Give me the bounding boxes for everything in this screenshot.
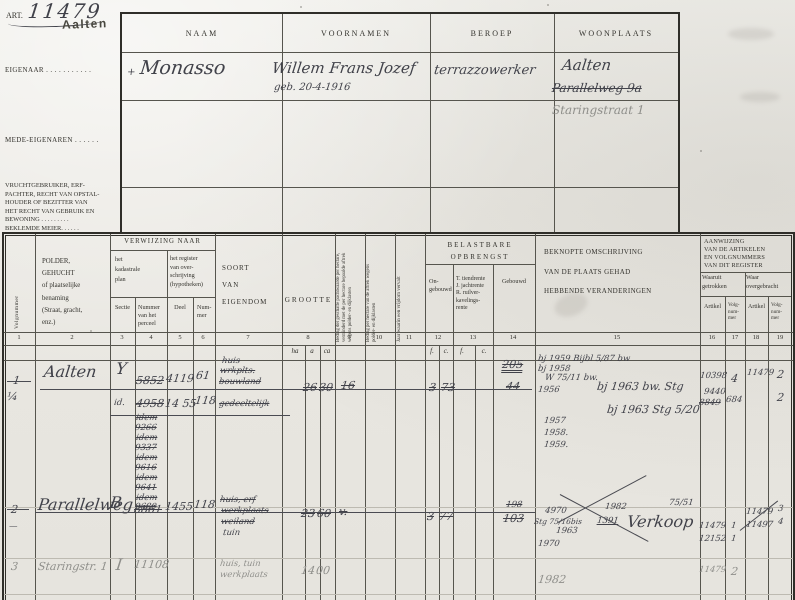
- handwritten-entry: 00: [315, 565, 330, 576]
- owner-address-struck: Parallelweg 9a: [551, 82, 642, 94]
- handwritten-entry: ¼: [6, 391, 18, 402]
- handwritten-entry: 1959.: [543, 441, 568, 450]
- handwritten-entry: 60: [316, 508, 331, 519]
- handwritten-entry: werkplaats: [219, 571, 268, 580]
- handwritten-entry: 23: [300, 508, 315, 519]
- handwritten-entry: 73: [440, 382, 455, 393]
- handwritten-entry: 61: [195, 370, 210, 381]
- handwritten-entry: 44: [505, 381, 520, 392]
- handwritten-entry: 11108: [133, 559, 169, 570]
- handwritten-entry: 12152: [698, 535, 726, 544]
- handwritten-entry: 2: [776, 369, 784, 380]
- col-num: 7: [238, 334, 258, 342]
- col-num: 19: [770, 334, 790, 342]
- smudge: [740, 92, 780, 102]
- owner-prefix-mark: +: [126, 68, 136, 78]
- col-num: 8: [298, 334, 318, 342]
- strike-mark: [7, 381, 31, 382]
- handwritten-entry: 9440: [703, 388, 726, 397]
- handwritten-entry: 75/51: [668, 499, 694, 508]
- owner-birthdate: geb. 20-4-1916: [273, 83, 351, 93]
- col-num: 3: [112, 334, 132, 342]
- handwritten-entry: 3: [777, 505, 783, 514]
- header-artikel-16: Artikel: [700, 304, 725, 312]
- header-gebouwd: Gebouwd: [493, 278, 535, 286]
- handwritten-entry: 1455: [164, 501, 193, 512]
- header-register-overschrijving: het register van over- schrijving (hypot…: [170, 255, 214, 290]
- handwritten-entry: 684: [725, 396, 742, 405]
- handwritten-entry: tuin: [222, 529, 240, 538]
- strike-mark: [40, 389, 532, 390]
- header-nummer-perceel: Nummer van het perceel: [138, 304, 167, 327]
- handwritten-entry: gedeeltelijk: [218, 400, 269, 409]
- header-rente: T. tiendrente J. jachtrente R. ruilver- …: [456, 276, 494, 312]
- header-sectie: Sectie: [110, 304, 135, 312]
- handwritten-entry: 4119: [165, 373, 194, 384]
- handwritten-entry: 9266: [134, 424, 157, 433]
- owner-first-names: Willem Frans Jozef: [271, 61, 416, 76]
- header-waaruit-getrokken: Waaruit getrokken: [702, 274, 744, 291]
- handwritten-entry: 1958.: [543, 429, 568, 438]
- handwritten-entry: huis: [221, 357, 240, 366]
- header-artikel-18: Artikel: [745, 304, 768, 312]
- col-num: 2: [62, 334, 82, 342]
- handwritten-entry: 8861: [133, 504, 162, 515]
- col-num: 17: [725, 334, 745, 342]
- header-vrijdom: Jaar waarin een vrijdom vervalt: [396, 250, 424, 342]
- handwritten-entry: idem: [135, 454, 157, 463]
- unit-f-rente: f.: [454, 347, 470, 356]
- header-verwijzing: VERWIJZING NAAR: [110, 238, 215, 246]
- header-volgnummer: Volgnummer: [14, 249, 24, 329]
- handwritten-entry: —: [8, 523, 18, 532]
- unit-ha: ha: [287, 347, 303, 356]
- handwritten-entry: id.: [113, 399, 125, 408]
- header-aftrek: Bedrag per hectare van de aftrek wegens …: [366, 250, 394, 342]
- handwritten-entry: W 75/11 bw.: [544, 374, 598, 383]
- handwritten-entry: idem: [135, 434, 157, 443]
- label-mede-eigenaren: MEDE-EIGENAREN . . . . . .: [5, 136, 99, 145]
- header-belastbare-opbrengst: BELASTBARE OPBRENGST: [425, 240, 535, 264]
- col-num: 11: [399, 334, 419, 342]
- handwritten-entry: idem: [135, 474, 157, 483]
- strike-mark: [110, 415, 290, 416]
- handwritten-entry: 9337: [134, 444, 157, 453]
- handwritten-entry: 1: [730, 522, 736, 531]
- header-ongebouwd: On- gebouwd: [429, 278, 453, 294]
- col-header-voornamen: VOORNAMEN: [282, 29, 430, 39]
- handwritten-entry: huis, erf: [219, 496, 256, 505]
- handwritten-entry: 3: [428, 382, 436, 393]
- strike-mark: [35, 512, 535, 513]
- handwritten-entry: 1982: [537, 574, 566, 585]
- col-header-woonplaats: WOONPLAATS: [554, 29, 678, 39]
- label-eigenaar: EIGENAAR . . . . . . . . . . .: [5, 66, 91, 75]
- handwritten-entry: 1982: [604, 503, 627, 512]
- handwritten-entry: 14 55: [164, 398, 197, 409]
- header-polder: POLDER, GEHUCHT of plaatselijke benaming…: [42, 256, 110, 329]
- handwritten-entry: bj 1963 Stg 5/20: [606, 404, 700, 415]
- col-num: 6: [193, 334, 213, 342]
- handwritten-entry: 103: [502, 513, 524, 524]
- handwritten-entry: 2: [776, 392, 784, 403]
- handwritten-entry: 4: [777, 518, 783, 527]
- handwritten-entry: wrkplts.: [219, 367, 255, 376]
- handwritten-entry: 3: [10, 561, 18, 572]
- unit-ca: ca: [319, 347, 335, 356]
- strike-mark: [7, 509, 29, 510]
- col-num: 9: [339, 334, 359, 342]
- handwritten-entry: weiland: [220, 518, 255, 527]
- handwritten-entry: 30: [318, 382, 333, 393]
- handwritten-entry: 2: [730, 566, 738, 577]
- owner-residence: Aalten: [561, 58, 612, 73]
- handwritten-entry: 198: [505, 501, 522, 510]
- handwritten-entry: 14: [300, 565, 315, 576]
- register-table: Volgnummer POLDER, GEHUCHT of plaatselij…: [2, 232, 795, 600]
- handwritten-entry: 11479: [698, 522, 726, 531]
- unit-c-ongebouwd: c.: [438, 347, 454, 356]
- handwritten-entry: 4: [730, 373, 738, 384]
- owner-address-new: Staringstraat 1: [552, 104, 645, 116]
- handwritten-entry: 4970: [544, 507, 567, 516]
- header-aanwijzing: AANWIJZING VAN DE ARTIKELEN EN VOLGNUMME…: [704, 238, 792, 270]
- col-num: 18: [746, 334, 766, 342]
- handwritten-entry: Aalten: [43, 364, 97, 380]
- handwritten-entry: 8849: [698, 399, 721, 408]
- col-num: 4: [141, 334, 161, 342]
- handwritten-entry: Staringstr. 1: [37, 561, 108, 572]
- smudge: [728, 28, 774, 40]
- handwritten-entry: 205: [501, 359, 524, 373]
- handwritten-entry: 9616: [134, 464, 157, 473]
- header-grootte: GROOTTE: [282, 296, 335, 305]
- handwritten-entry: 1956: [537, 386, 560, 395]
- handwritten-entry: 11479: [698, 566, 726, 575]
- header-volgnummer-19: Volg- num- mer: [771, 302, 787, 322]
- aalten-stamp: Aalten: [62, 16, 108, 32]
- col-num: 1: [9, 334, 29, 342]
- handwritten-entry: 118: [194, 395, 216, 406]
- header-volgnummer-17: Volg- num- mer: [728, 302, 744, 322]
- handwritten-entry: huis, tuin: [219, 560, 261, 569]
- col-num: 12: [428, 334, 448, 342]
- handwritten-entry: 10398: [699, 372, 727, 381]
- col-num: 15: [607, 334, 627, 342]
- handwritten-entry: 1970: [537, 540, 560, 549]
- cadastral-register-scan: ART. 11479 Aalten EIGENAAR . . . . . . .…: [0, 0, 795, 600]
- handwritten-entry: 26: [302, 382, 317, 393]
- header-beknopte-omschrijving: BEKNOPTE OMSCHRIJVING VAN DE PLAATS GEHA…: [544, 243, 694, 302]
- col-num: 10: [369, 334, 389, 342]
- header-kadastrale-plan: het kadastrale plan: [115, 255, 163, 285]
- handwritten-entry: Y: [115, 361, 128, 377]
- owner-occupation: terrazzowerker: [433, 64, 536, 77]
- owner-table: NAAM VOORNAMEN BEROEP WOONPLAATS: [120, 12, 680, 234]
- unit-c-rente: c.: [476, 347, 492, 356]
- handwritten-entry: B: [109, 495, 123, 511]
- handwritten-entry: Verkoop: [626, 514, 694, 530]
- header-nummer: Num- mer: [197, 304, 215, 320]
- owner-surname: Monasso: [139, 59, 227, 78]
- col-num: 5: [170, 334, 190, 342]
- unit-a: a: [304, 347, 320, 356]
- col-header-naam: NAAM: [122, 29, 282, 39]
- header-deel: Deel: [167, 304, 193, 312]
- col-num: 13: [463, 334, 483, 342]
- handwritten-entry: bouwland: [218, 378, 261, 387]
- col-num: 14: [503, 334, 523, 342]
- label-vruchtgebruiker: VRUCHTGEBRUIKER, ERF- PACHTER, RECHT VAN…: [5, 182, 119, 233]
- handwritten-entry: 1957: [543, 417, 566, 426]
- header-pachtwaarde: Bedrag der geschatte pachtwaarde per hec…: [336, 250, 364, 342]
- handwritten-entry: 4958: [135, 398, 164, 409]
- handwritten-entry: 1: [730, 535, 736, 544]
- header-waar-overgebracht: Waar overgebracht: [746, 274, 792, 291]
- handwritten-entry: bj 1959 Bijbl 5/87 bw: [537, 355, 630, 364]
- header-soort: SOORT VAN EIGENDOM: [222, 260, 280, 310]
- handwritten-entry: 118: [193, 499, 215, 510]
- col-header-beroep: BEROEP: [430, 29, 554, 39]
- col-num: 16: [702, 334, 722, 342]
- handwritten-entry: bj 1963 bw. Stg: [596, 381, 684, 392]
- handwritten-entry: 5852: [135, 375, 164, 386]
- handwritten-entry: 11479: [746, 369, 774, 378]
- handwritten-entry: 9641: [134, 484, 157, 493]
- handwritten-entry: 1963: [555, 527, 578, 536]
